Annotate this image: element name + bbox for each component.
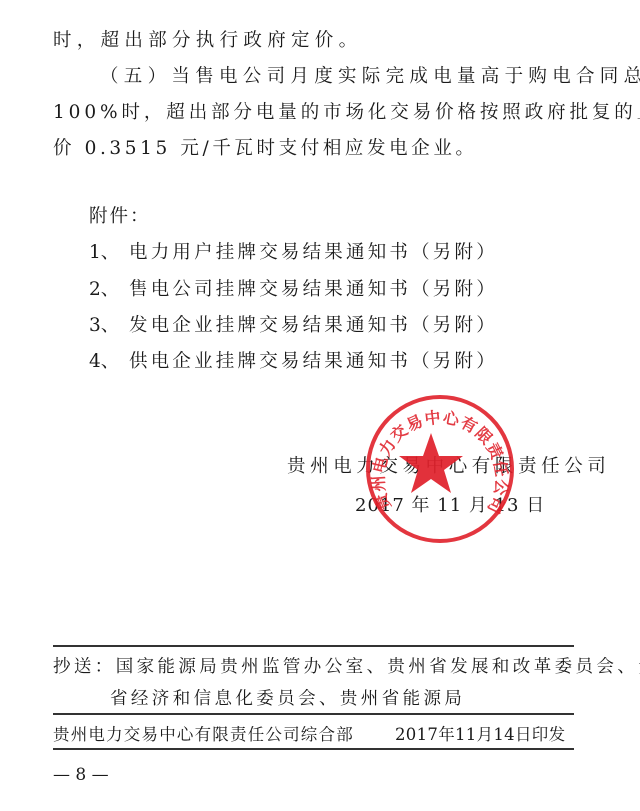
attachment-text: 供电企业挂牌交易结果通知书（另附） bbox=[129, 351, 498, 372]
issue-date: 2017年11月14日印发 bbox=[395, 721, 565, 745]
attachments-title: 附件： bbox=[89, 205, 151, 229]
footer-bottom-rule bbox=[53, 748, 574, 750]
footer-top-rule bbox=[53, 645, 574, 647]
page-number: — 8 — bbox=[53, 765, 109, 785]
attachment-text: 电力用户挂牌交易结果通知书（另附） bbox=[129, 242, 498, 263]
footer-middle-rule bbox=[53, 713, 574, 715]
attachment-number: 4、 bbox=[89, 350, 129, 374]
star-icon bbox=[399, 433, 463, 493]
attachment-item: 3、发电企业挂牌交易结果通知书（另附） bbox=[89, 314, 498, 338]
attachment-number: 1、 bbox=[89, 241, 129, 265]
attachment-item: 1、电力用户挂牌交易结果通知书（另附） bbox=[89, 241, 498, 265]
paragraph-item-5-line-3: 价 0.3515 元/千瓦时支付相应发电企业。 bbox=[53, 137, 478, 161]
paragraph-item-5-line-1: （五）当售电公司月度实际完成电量高于购电合同总电量 bbox=[100, 65, 640, 89]
issuing-department: 贵州电力交易中心有限责任公司综合部 bbox=[53, 721, 354, 745]
attachment-text: 发电企业挂牌交易结果通知书（另附） bbox=[129, 315, 498, 336]
attachment-text: 售电公司挂牌交易结果通知书（另附） bbox=[129, 279, 498, 300]
paragraph-line-1: 时，超出部分执行政府定价。 bbox=[53, 29, 362, 53]
cc-recipients-line-2: 省经济和信息化委员会、贵州省能源局 bbox=[110, 685, 465, 710]
official-seal-stamp: 贵州电力交易中心有限责任公司 bbox=[364, 393, 516, 545]
attachment-number: 2、 bbox=[89, 278, 129, 302]
paragraph-item-5-line-2: 100%时，超出部分电量的市场化交易价格按照政府批复的上网电 bbox=[53, 101, 640, 125]
cc-recipients-line-1: 抄送：国家能源局贵州监管办公室、贵州省发展和改革委员会、贵州 bbox=[53, 653, 640, 678]
attachment-item: 4、供电企业挂牌交易结果通知书（另附） bbox=[89, 350, 498, 374]
attachment-item: 2、售电公司挂牌交易结果通知书（另附） bbox=[89, 278, 498, 302]
attachment-number: 3、 bbox=[89, 314, 129, 338]
